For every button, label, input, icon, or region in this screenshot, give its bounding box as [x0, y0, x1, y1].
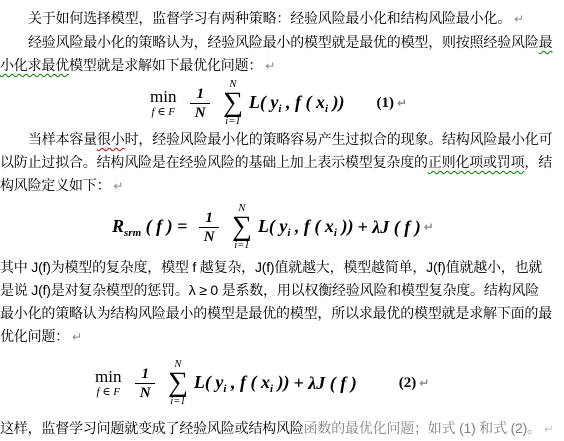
min-operator: min f ∈ F [95, 368, 121, 398]
paragraph-mark: ↵ [72, 330, 82, 344]
sigma-icon: ∑ [232, 214, 252, 240]
fraction-numerator: 1 [190, 86, 210, 104]
paragraph-5-text: 这样，监督学习问题就变成了经验风险或结构风险 [0, 420, 304, 436]
paragraph-3-text: 以防止过拟合。结构风险是在经验风险的基础上加上表示模型复杂度的 [0, 154, 428, 170]
spelling-squiggle-red: 很小 [97, 131, 125, 147]
loss-term: L( yi , f ( xi )) [194, 372, 290, 395]
regularization-term: + λJ ( f ) [357, 217, 420, 238]
paragraph-2-line-1: 经验风险最小化的策略认为，经验风险最小的模型就是最优的模型，则按照经验风险最 [0, 31, 564, 54]
sum-lower-limit: i=1 [225, 116, 240, 127]
equation-1: min f ∈ F 1 N N ∑ i=1 L( yi , f ( xi )) … [0, 78, 564, 128]
paragraph-3-text: ，结 [524, 154, 552, 170]
paragraph-mark: ↵ [419, 376, 429, 390]
grammar-squiggle-green: 正则化项或罚项 [428, 154, 525, 170]
srm-subscript: srm [124, 227, 141, 239]
fraction-numerator: 1 [199, 210, 219, 228]
paragraph-mark: ↵ [514, 12, 524, 26]
fraction-1-over-N: 1 N [190, 86, 210, 121]
sigma-icon: ∑ [223, 90, 243, 116]
grammar-squiggle-green: 最 [539, 34, 553, 50]
fraction-denominator: N [204, 228, 215, 245]
document-page: 关于如何选择模型，监督学习有两种策略：经验风险最小化和结构风险最小化。↵ 经验风… [0, 0, 564, 441]
loss-term-text: )) [328, 92, 345, 112]
paragraph-mark: ↵ [544, 422, 554, 436]
paragraph-2-line-2: 小化求最优模型就是求解如下最优化问题：↵ [0, 54, 564, 78]
loss-term-text: , f ( x [290, 216, 334, 236]
paragraph-4-line-4: 优化问题：↵ [0, 325, 564, 349]
paragraph-3-text: 构风险定义如下： [0, 177, 110, 193]
summation-symbol: N ∑ i=1 [168, 359, 188, 407]
paragraph-4-text: 优化问题： [0, 328, 69, 344]
paragraph-4-line-1: 其中 J(f)为模型的复杂度，模型 f 越复杂，J(f)值就越大，模型越简单，J… [0, 256, 564, 279]
loss-term-text: L( y [194, 372, 223, 392]
paragraph-1-text: 关于如何选择模型，监督学习有两种策略：经验风险最小化和结构风险最小化。 [28, 10, 511, 26]
paragraph-mark: ↵ [397, 96, 407, 110]
paragraph-3-line-1: 当样本容量很小时，经验风险最小化的策略容易产生过拟合的现象。结构风险最小化可 [0, 128, 564, 151]
paragraph-4-line-3: 最小化的策略认为结构风险最小的模型是最优的模型，所以求最优的模型就是求解下面的最 [0, 302, 564, 325]
summation-symbol: N ∑ i=1 [232, 203, 252, 251]
paragraph-mark: ↵ [113, 179, 123, 193]
Rsrm-args: ( f ) = [141, 216, 187, 236]
loss-term-text: , f ( x [226, 372, 270, 392]
equation-number: (1) [377, 95, 395, 112]
paragraph-1: 关于如何选择模型，监督学习有两种策略：经验风险最小化和结构风险最小化。↵ [0, 7, 564, 31]
paragraph-3-text: 时，经验风险最小化的策略容易产生过拟合的现象。结构风险最小化可 [125, 131, 553, 147]
equation-number: (2) [399, 375, 417, 392]
loss-term-text: )) [273, 372, 290, 392]
equation-2: min f ∈ F 1 N N ∑ i=1 L( yi , f ( xi )) … [0, 349, 564, 417]
sum-lower-limit: i=1 [170, 396, 185, 407]
paragraph-4-line-2: 是说 J(f)是对复杂模型的惩罚。λ ≥ 0 是系数，用以权衡经验风险和模型复杂… [0, 279, 564, 302]
paragraph-4-text: 最小化的策略认为结构风险最小的模型是最优的模型，所以求最优的模型就是求解下面的最 [0, 305, 552, 321]
paragraph-4-text: 其中 J(f)为模型的复杂度，模型 f 越复杂，J(f)值就越大，模型越简单，J… [0, 259, 542, 275]
min-operator: min f ∈ F [150, 88, 176, 118]
min-subscript: f ∈ F [152, 106, 175, 118]
paragraph-2-text: 模型就是求解如下最优化问题： [69, 57, 262, 73]
paragraph-mark: ↵ [265, 59, 275, 73]
regularization-term: + λJ ( f ) [294, 373, 357, 394]
fraction-1-over-N: 1 N [199, 210, 219, 245]
fraction-1-over-N: 1 N [135, 366, 155, 401]
sigma-icon: ∑ [168, 370, 188, 396]
loss-term: L( yi , f ( xi )) [258, 216, 354, 239]
fraction-numerator: 1 [135, 366, 155, 384]
grammar-squiggle-green: 小化求最优 [0, 57, 69, 73]
paragraph-3-line-3: 构风险定义如下：↵ [0, 174, 564, 198]
paragraph-mark: ↵ [424, 220, 434, 234]
loss-term-text: , f ( x [281, 92, 325, 112]
sum-lower-limit: i=1 [234, 240, 249, 251]
paragraph-3-text: 当样本容量 [28, 131, 97, 147]
loss-term: L( yi , f ( xi )) [249, 92, 345, 115]
paragraph-2-text: 经验风险最小化的策略认为，经验风险最小的模型就是最优的模型，则按照经验风险 [28, 34, 539, 50]
loss-term-text: L( y [258, 216, 287, 236]
loss-term-text: L( y [249, 92, 278, 112]
paragraph-5: 这样，监督学习问题就变成了经验风险或结构风险函数的最优化问题；如式 (1) 和式… [0, 417, 564, 441]
Rsrm-term: Rsrm ( f ) = [112, 216, 187, 239]
paragraph-3-line-2: 以防止过拟合。结构风险是在经验风险的基础上加上表示模型复杂度的正则化项或罚项，结 [0, 151, 564, 174]
equation-srm-definition: Rsrm ( f ) = 1 N N ∑ i=1 L( yi , f ( xi … [0, 198, 564, 256]
fraction-denominator: N [140, 384, 151, 401]
fraction-denominator: N [195, 104, 206, 121]
min-subscript: f ∈ F [97, 386, 120, 398]
summation-symbol: N ∑ i=1 [223, 79, 243, 127]
min-label: min [95, 368, 121, 385]
Rsrm-symbol: R [112, 216, 124, 236]
loss-term-text: )) [337, 216, 354, 236]
paragraph-4-text: 是说 J(f)是对复杂模型的惩罚。λ ≥ 0 是系数，用以权衡经验风险和模型复杂… [0, 282, 539, 298]
min-label: min [150, 88, 176, 105]
paragraph-5-faded-text: 函数的最优化问题；如式 (1) 和式 (2)。 [304, 420, 541, 436]
